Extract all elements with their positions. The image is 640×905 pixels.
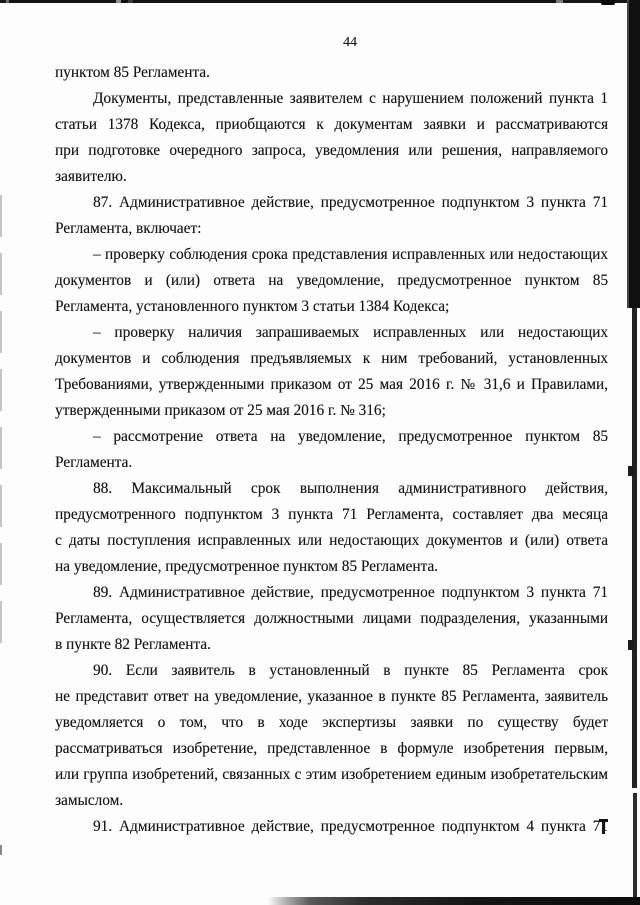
page-number: 44	[343, 34, 357, 52]
paragraph: Документы, представленные заявителем с н…	[55, 86, 608, 190]
text-line: уведомляется о том, что в ходе экспертиз…	[55, 710, 608, 736]
paragraph: 90. Если заявитель в установленный в пун…	[55, 658, 608, 814]
text-line: замыслом.	[55, 788, 608, 814]
document-text: пунктом 85 Регламента.Документы, предста…	[55, 60, 608, 840]
text-line: или группа изобретений, связанных с этим…	[55, 762, 608, 788]
text-line: 89. Административное действие, предусмот…	[55, 580, 608, 606]
scan-border-bottom	[268, 897, 640, 905]
paragraph: – рассмотрение ответа на уведомление, пр…	[55, 424, 608, 476]
text-line: Регламента, включает:	[55, 216, 608, 242]
paragraph: 91. Административное действие, предусмот…	[55, 814, 608, 840]
text-line: 90. Если заявитель в установленный в пун…	[55, 658, 608, 684]
scan-border-right-upper	[627, 0, 640, 308]
text-line: 87. Административное действие, предусмот…	[55, 190, 608, 216]
paragraph: 88. Максимальный срок выполнения админис…	[55, 476, 608, 580]
scan-border-top-blob	[601, 0, 615, 5]
text-line: на уведомление, предусмотренное пунктом …	[55, 554, 608, 580]
text-line: – рассмотрение ответа на уведомление, пр…	[55, 424, 608, 450]
scan-border-right-middle	[632, 308, 637, 788]
text-line: рассматриваться изобретение, представлен…	[55, 736, 608, 762]
text-line: в пункте 82 Регламента.	[55, 632, 608, 658]
paragraph: – проверку наличия запрашиваемых исправл…	[55, 320, 608, 424]
text-line: Регламента.	[55, 450, 608, 476]
text-line: документов и (или) ответа на уведомление…	[55, 268, 608, 294]
scan-artifact-tick	[628, 640, 634, 650]
paragraph: 89. Административное действие, предусмот…	[55, 580, 608, 658]
text-line: предусмотренного подпунктом 3 пункта 71 …	[55, 502, 608, 528]
scan-border-right-lower	[633, 793, 637, 898]
scan-artifact-tick	[0, 845, 2, 855]
text-line: 88. Максимальный срок выполнения админис…	[55, 476, 608, 502]
text-line: при подготовке очередного запроса, уведо…	[55, 138, 608, 164]
scan-border-top	[0, 0, 640, 3]
text-line: документов и соблюдения предъявляемых к …	[55, 346, 608, 372]
paragraph: пунктом 85 Регламента.	[55, 60, 608, 86]
scan-artifact-tick	[628, 466, 634, 476]
paragraph: 87. Административное действие, предусмот…	[55, 190, 608, 242]
text-line: не представит ответ на уведомление, указ…	[55, 684, 608, 710]
text-line: – проверку наличия запрашиваемых исправл…	[55, 320, 608, 346]
text-line: заявителю.	[55, 164, 608, 190]
text-line: пунктом 85 Регламента.	[55, 60, 608, 86]
text-line: Требованиями, утвержденными приказом от …	[55, 372, 608, 398]
text-line: 91. Административное действие, предусмот…	[55, 814, 608, 840]
scan-border-left-faint	[0, 195, 2, 645]
text-line: утвержденными приказом от 25 мая 2016 г.…	[55, 398, 608, 424]
document-page: 44 пунктом 85 Регламента.Документы, пред…	[0, 0, 640, 905]
text-line: Регламента, установленного пунктом 3 ста…	[55, 294, 608, 320]
text-line: с даты поступления исправленных или недо…	[55, 528, 608, 554]
text-line: статьи 1378 Кодекса, приобщаются к докум…	[55, 112, 608, 138]
text-line: Документы, представленные заявителем с н…	[55, 86, 608, 112]
text-line: – проверку соблюдения срока представлени…	[55, 242, 608, 268]
paragraph: – проверку соблюдения срока представлени…	[55, 242, 608, 320]
text-line: Регламента, осуществляется должностными …	[55, 606, 608, 632]
